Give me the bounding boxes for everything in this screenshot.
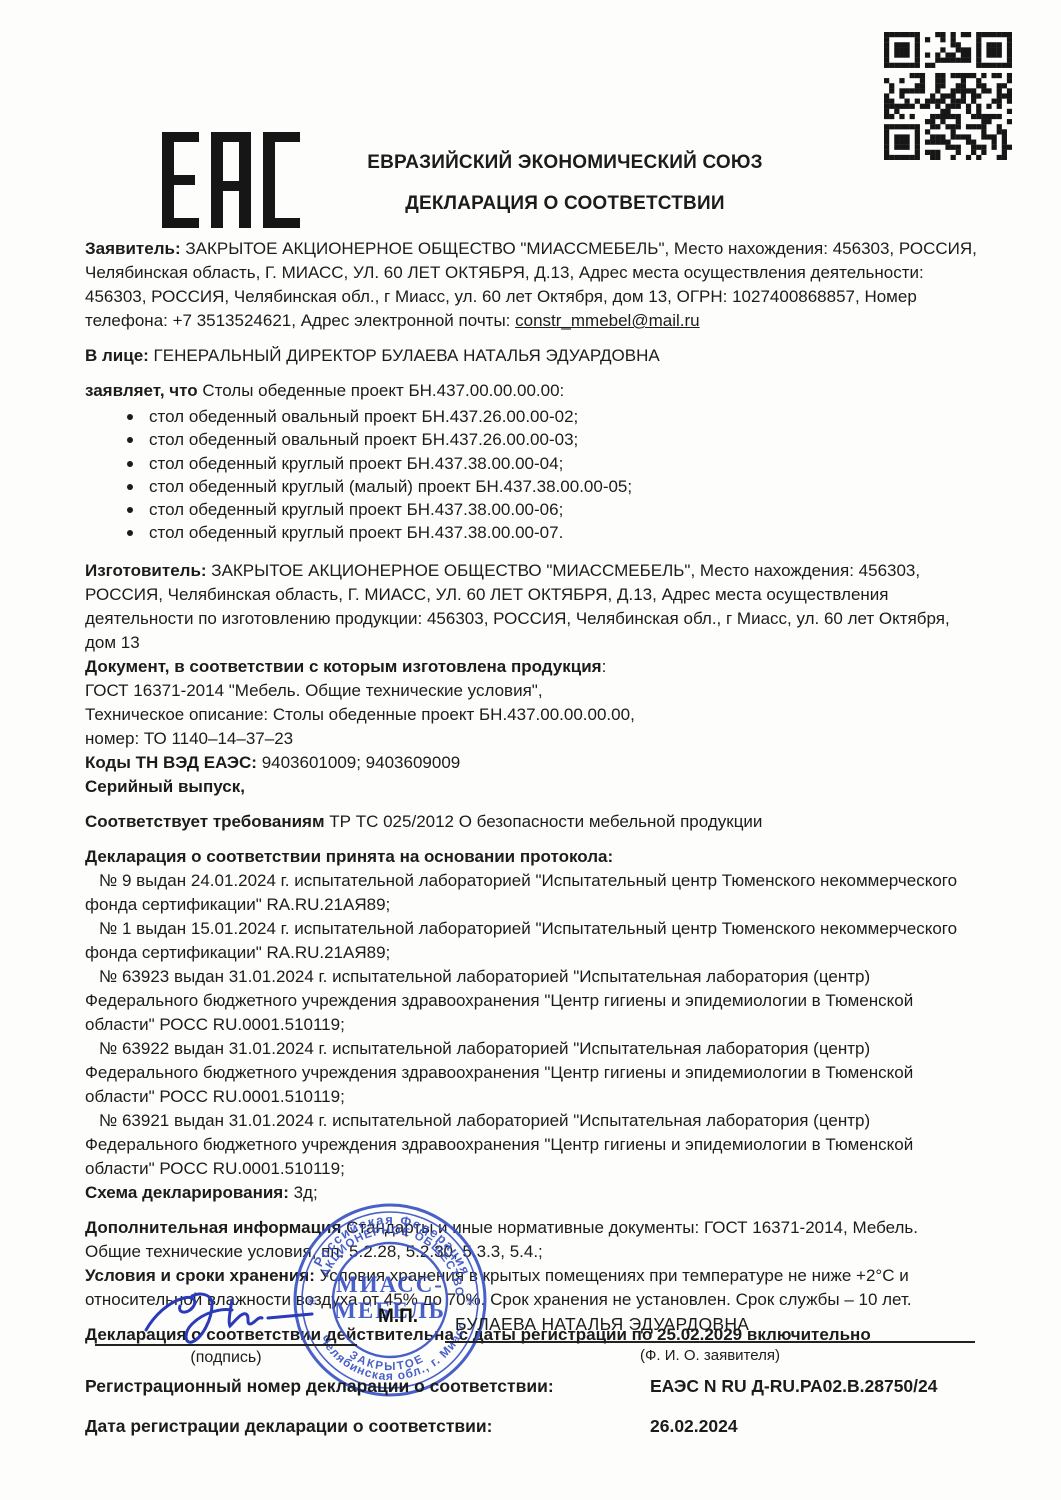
- document-line: Техническое описание: Столы обеденные пр…: [85, 705, 635, 724]
- protocol-item: № 1 выдан 15.01.2024 г. испытательной ла…: [85, 917, 978, 965]
- protocol-item: № 63921 выдан 31.01.2024 г. испытательно…: [85, 1109, 978, 1181]
- document-header: ЕВРАЗИЙСКИЙ ЭКОНОМИЧЕСКИЙ СОЮЗ ДЕКЛАРАЦИ…: [85, 152, 975, 215]
- document-line: номер: ТО 1140–14–37–23: [85, 729, 293, 748]
- applicant-fullname: БУЛАЕВА НАТАЛЬЯ ЭДУАРДОВНА: [455, 1314, 749, 1335]
- list-item: стол обеденный круглый проект БН.437.38.…: [127, 498, 978, 521]
- manufacturer-label: Изготовитель:: [85, 561, 207, 580]
- list-item: стол обеденный овальный проект БН.437.26…: [127, 405, 978, 428]
- svg-text:✳: ✳: [465, 1293, 477, 1309]
- document-body: Заявитель: ЗАКРЫТОЕ АКЦИОНЕРНОЕ ОБЩЕСТВО…: [85, 237, 978, 1358]
- protocols-heading: Декларация о соответствии принята на осн…: [85, 845, 978, 869]
- declaration-page: ЕВРАЗИЙСКИЙ ЭКОНОМИЧЕСКИЙ СОЮЗ ДЕКЛАРАЦИ…: [0, 0, 1061, 1500]
- list-item: стол обеденный овальный проект БН.437.26…: [127, 428, 978, 451]
- signature-caption: (подпись): [95, 1349, 357, 1367]
- declares-paragraph: заявляет, что Столы обеденные проект БН.…: [85, 379, 978, 403]
- list-item: стол обеденный круглый проект БН.437.38.…: [127, 521, 978, 544]
- colon: :: [602, 657, 607, 676]
- registration-number-row: Регистрационный номер декларации о соотв…: [85, 1376, 975, 1397]
- registration-date-value: 26.02.2024: [650, 1416, 738, 1437]
- list-item: стол обеденный круглый проект БН.437.38.…: [127, 452, 978, 475]
- manufacturer-text: ЗАКРЫТОЕ АКЦИОНЕРНОЕ ОБЩЕСТВО "МИАССМЕБЕ…: [85, 561, 950, 652]
- document-line: ГОСТ 16371-2014 "Мебель. Общие техническ…: [85, 681, 543, 700]
- list-item: стол обеденный круглый (малый) проект БН…: [127, 475, 978, 498]
- scheme-text: 3д;: [289, 1183, 318, 1202]
- registration-date-row: Дата регистрации декларации о соответств…: [85, 1416, 975, 1437]
- protocol-item: № 9 выдан 24.01.2024 г. испытательной ла…: [85, 869, 978, 917]
- serial-text: Серийный выпуск,: [85, 777, 245, 796]
- declares-label: заявляет, что: [85, 381, 198, 400]
- conforms-text: ТР ТС 025/2012 О безопасности мебельной …: [325, 812, 763, 831]
- person-text: ГЕНЕРАЛЬНЫЙ ДИРЕКТОР БУЛАЕВА НАТАЛЬЯ ЭДУ…: [149, 346, 660, 365]
- codes-paragraph: Коды ТН ВЭД ЕАЭС: 9403601009; 9403609009: [85, 751, 978, 775]
- additional-paragraph: Дополнительная информация Стандарты и ин…: [85, 1216, 978, 1264]
- codes-label: Коды ТН ВЭД ЕАЭС:: [85, 753, 257, 772]
- scheme-label: Схема декларирования:: [85, 1183, 289, 1202]
- serial-paragraph: Серийный выпуск,: [85, 775, 978, 799]
- stamp-place-label: М.П.: [378, 1306, 418, 1328]
- scheme-paragraph: Схема декларирования: 3д;: [85, 1181, 978, 1205]
- qr-code-icon: [884, 32, 1012, 160]
- product-list: стол обеденный овальный проект БН.437.26…: [85, 405, 978, 545]
- product-document-label: Документ, в соответствии с которым изгот…: [85, 657, 602, 676]
- conforms-label: Соответствует требованиям: [85, 812, 325, 831]
- registration-number-label: Регистрационный номер декларации о соотв…: [85, 1376, 554, 1396]
- protocols-label: Декларация о соответствии принята на осн…: [85, 847, 613, 866]
- handwritten-signature-icon: [140, 1282, 370, 1352]
- registration-number-value: ЕАЭС N RU Д-RU.РА02.В.28750/24: [650, 1376, 938, 1397]
- person-label: В лице:: [85, 346, 149, 365]
- applicant-paragraph: Заявитель: ЗАКРЫТОЕ АКЦИОНЕРНОЕ ОБЩЕСТВО…: [85, 237, 978, 333]
- applicant-email-link[interactable]: constr_mmebel@mail.ru: [515, 311, 699, 330]
- person-paragraph: В лице: ГЕНЕРАЛЬНЫЙ ДИРЕКТОР БУЛАЕВА НАТ…: [85, 344, 978, 368]
- page-title: ДЕКЛАРАЦИЯ О СООТВЕТСТВИИ: [155, 193, 975, 215]
- declares-text: Столы обеденные проект БН.437.00.00.00.0…: [198, 381, 565, 400]
- manufacturer-paragraph: Изготовитель: ЗАКРЫТОЕ АКЦИОНЕРНОЕ ОБЩЕС…: [85, 559, 978, 655]
- name-line: [445, 1341, 975, 1343]
- conforms-paragraph: Соответствует требованиям ТР ТС 025/2012…: [85, 810, 978, 834]
- codes-text: 9403601009; 9403609009: [257, 753, 460, 772]
- signature-line: [95, 1344, 357, 1346]
- product-document-block: Документ, в соответствии с которым изгот…: [85, 655, 978, 751]
- protocol-item: № 63922 выдан 31.01.2024 г. испытательно…: [85, 1037, 978, 1109]
- protocol-item: № 63923 выдан 31.01.2024 г. испытательно…: [85, 965, 978, 1037]
- applicant-label: Заявитель:: [85, 239, 181, 258]
- registration-date-label: Дата регистрации декларации о соответств…: [85, 1416, 493, 1436]
- union-title: ЕВРАЗИЙСКИЙ ЭКОНОМИЧЕСКИЙ СОЮЗ: [155, 152, 975, 174]
- name-caption: (Ф. И. О. заявителя): [445, 1347, 975, 1364]
